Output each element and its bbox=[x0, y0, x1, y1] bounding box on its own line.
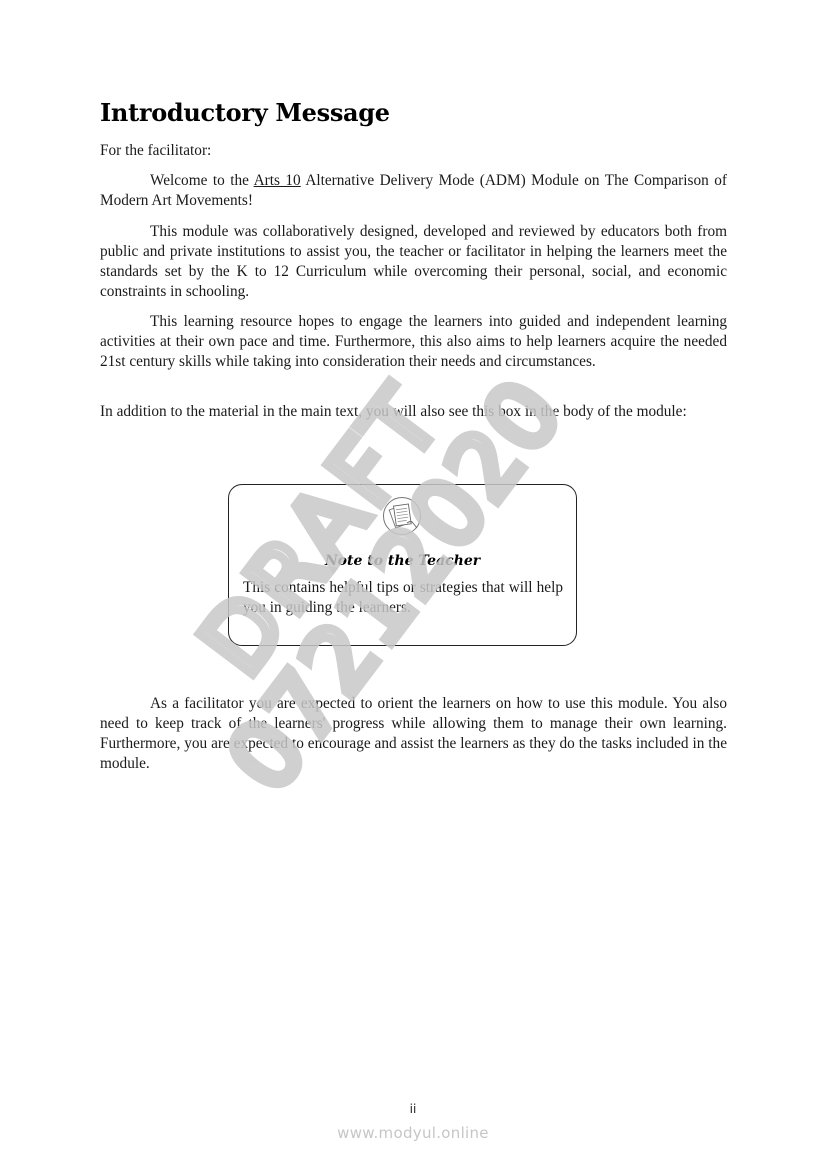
welcome-paragraph: Welcome to the Arts 10 Alternative Deliv… bbox=[100, 171, 727, 211]
website-footer: www.modyul.online bbox=[0, 1124, 826, 1142]
note-body: This contains helpful tips or strategies… bbox=[243, 578, 563, 618]
paragraph-design: This module was collaboratively designed… bbox=[100, 222, 727, 302]
page-title: Introductory Message bbox=[100, 98, 390, 127]
paragraph-facilitator-role: As a facilitator you are expected to ori… bbox=[100, 694, 727, 774]
note-title: Note to the Teacher bbox=[228, 553, 577, 569]
subject-link: Arts 10 bbox=[254, 172, 301, 189]
page-number: ii bbox=[0, 1102, 826, 1116]
greeting: For the facilitator: bbox=[100, 141, 727, 161]
paragraph-box-intro: In addition to the material in the main … bbox=[100, 402, 727, 422]
paragraph-resource: This learning resource hopes to engage t… bbox=[100, 312, 727, 372]
teacher-notes-icon bbox=[382, 496, 422, 536]
welcome-prefix: Welcome to the bbox=[150, 172, 254, 189]
